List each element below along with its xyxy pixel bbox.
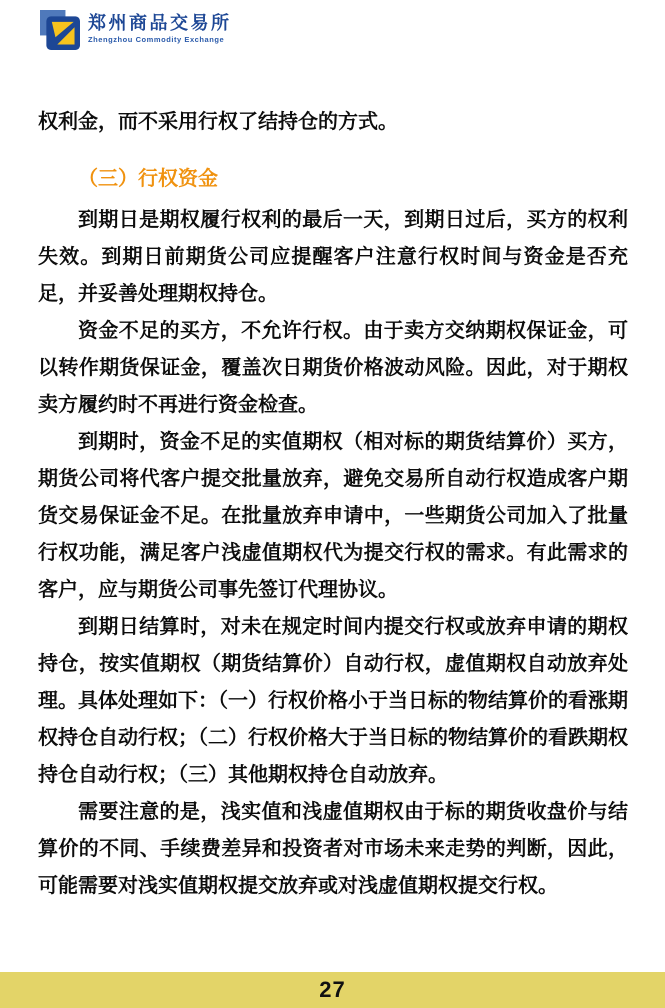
intro-paragraph: 权利金，而不采用行权了结持仓的方式。 [38, 104, 628, 141]
paragraph-batch-abandon: 到期时，资金不足的实值期权（相对标的期货结算价）买方，期货公司将代客户提交批量放… [38, 424, 628, 609]
org-name-cn: 郑州商品交易所 [88, 13, 232, 33]
page-header: 郑州商品交易所 Zhengzhou Commodity Exchange [40, 10, 232, 50]
section-heading: （三）行权资金 [38, 161, 628, 198]
paragraph-auto-exercise-rules: 到期日结算时，对未在规定时间内提交行权或放弃申请的期权持仓，按实值期权（期货结算… [38, 609, 628, 794]
paragraph-insufficient-funds: 资金不足的买方，不允许行权。由于卖方交纳期权保证金，可以转作期货保证金，覆盖次日… [38, 313, 628, 424]
paragraph-expiry-reminder: 到期日是期权履行权利的最后一天，到期日过后，买方的权利失效。到期日前期货公司应提… [38, 202, 628, 313]
document-page: 郑州商品交易所 Zhengzhou Commodity Exchange 权利金… [0, 0, 665, 1008]
paragraph-note: 需要注意的是，浅实值和浅虚值期权由于标的期货收盘价与结算价的不同、手续费差异和投… [38, 794, 628, 905]
document-body: 权利金，而不采用行权了结持仓的方式。 （三）行权资金 到期日是期权履行权利的最后… [38, 104, 628, 905]
org-name-en: Zhengzhou Commodity Exchange [88, 35, 232, 44]
page-footer: 27 [0, 972, 665, 1008]
page-number: 27 [319, 977, 345, 1003]
org-name-block: 郑州商品交易所 Zhengzhou Commodity Exchange [88, 10, 232, 44]
zce-logo-icon [40, 10, 80, 50]
